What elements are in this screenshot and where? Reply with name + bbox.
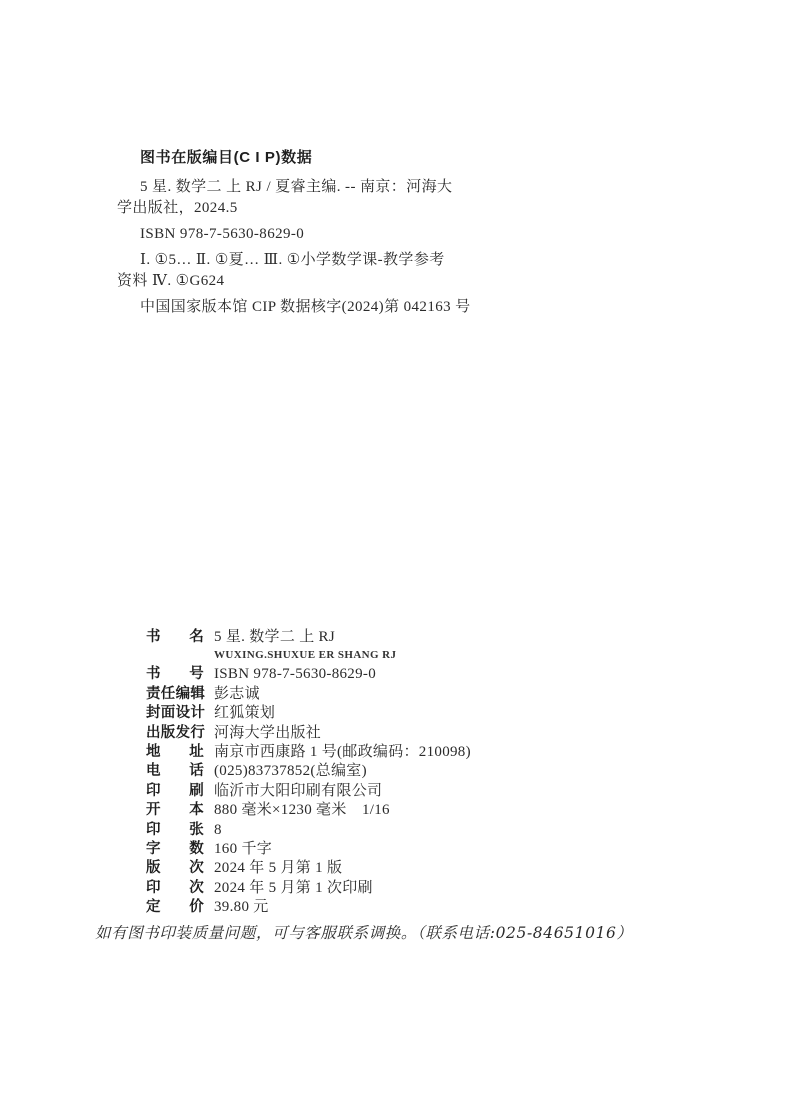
row-value: 红狐策划	[214, 704, 275, 723]
row-label: 版次	[146, 859, 204, 878]
colophon-row-printing: 印次2024 年 5 月第 1 次印刷	[146, 879, 626, 898]
row-label: 责任编辑	[146, 685, 204, 704]
row-value: 2024 年 5 月第 1 版	[214, 859, 342, 878]
cip-classification-line-1: Ⅰ. ①5… Ⅱ. ①夏… Ⅲ. ①小学数学课-教学参考	[117, 250, 499, 271]
row-value: 南京市西康路 1 号(邮政编码：210098)	[214, 743, 471, 762]
cip-title: 图书在版编目(C I P)数据	[117, 147, 499, 168]
row-label: 出版发行	[146, 724, 204, 743]
cip-record-number: 中国国家版本馆 CIP 数据核字(2024)第 042163 号	[117, 297, 499, 318]
row-value: ISBN 978-7-5630-8629-0	[214, 665, 376, 684]
row-value: 彭志诚	[214, 685, 260, 704]
row-label: 印刷	[146, 782, 204, 801]
row-value: 河海大学出版社	[214, 724, 321, 743]
row-label: 电话	[146, 762, 204, 781]
colophon-row-publisher: 出版发行河海大学出版社	[146, 724, 626, 743]
colophon-row-cover-design: 封面设计红狐策划	[146, 704, 626, 723]
colophon-table: 书名5 星. 数学二 上 RJ WUXING.SHUXUE ER SHANG R…	[146, 628, 626, 917]
row-value: 8	[214, 821, 222, 840]
row-label: 书名	[146, 628, 204, 647]
cip-description-line-1: 5 星. 数学二 上 RJ / 夏睿主编. -- 南京：河海大	[117, 177, 499, 198]
copyright-page: 图书在版编目(C I P)数据 5 星. 数学二 上 RJ / 夏睿主编. --…	[0, 0, 790, 1117]
colophon-row-book-title: 书名5 星. 数学二 上 RJ	[146, 628, 626, 647]
colophon-row-edition: 版次2024 年 5 月第 1 版	[146, 859, 626, 878]
row-label: 印次	[146, 879, 204, 898]
row-value: 2024 年 5 月第 1 次印刷	[214, 879, 373, 898]
colophon-row-address: 地址南京市西康路 1 号(邮政编码：210098)	[146, 743, 626, 762]
cip-classification-line-2: 资料 Ⅳ. ①G624	[117, 271, 499, 292]
row-value: (025)83737852(总编室)	[214, 762, 367, 781]
cip-block: 图书在版编目(C I P)数据 5 星. 数学二 上 RJ / 夏睿主编. --…	[117, 147, 499, 318]
quality-notice: 如有图书印装质量问题，可与客服联系调换。（联系电话:025-84651016）	[95, 921, 735, 943]
row-label: 封面设计	[146, 704, 204, 723]
row-label: 书号	[146, 665, 204, 684]
row-label: 开本	[146, 801, 204, 820]
colophon-row-price: 定价39.80 元	[146, 898, 626, 917]
colophon-row-format: 开本880 毫米×1230 毫米 1/16	[146, 801, 626, 820]
colophon-row-isbn: 书号ISBN 978-7-5630-8629-0	[146, 665, 626, 684]
row-value: 880 毫米×1230 毫米 1/16	[214, 801, 390, 820]
cip-isbn-line: ISBN 978-7-5630-8629-0	[117, 224, 499, 245]
colophon-row-phone: 电话(025)83737852(总编室)	[146, 762, 626, 781]
row-value: 39.80 元	[214, 898, 269, 917]
cip-description-line-2: 学出版社，2024.5	[117, 198, 499, 219]
row-label: 定价	[146, 898, 204, 917]
colophon-row-editor: 责任编辑彭志诚	[146, 685, 626, 704]
colophon-row-sheets: 印张8	[146, 821, 626, 840]
row-label: 印张	[146, 821, 204, 840]
row-value: 160 千字	[214, 840, 272, 859]
colophon-row-pinyin: WUXING.SHUXUE ER SHANG RJ	[146, 647, 626, 665]
row-value-pinyin: WUXING.SHUXUE ER SHANG RJ	[214, 647, 396, 663]
row-label: 地址	[146, 743, 204, 762]
row-value: 5 星. 数学二 上 RJ	[214, 628, 335, 647]
row-label: 字数	[146, 840, 204, 859]
colophon-row-word-count: 字数160 千字	[146, 840, 626, 859]
colophon-row-printer: 印刷临沂市大阳印刷有限公司	[146, 782, 626, 801]
row-value: 临沂市大阳印刷有限公司	[214, 782, 382, 801]
